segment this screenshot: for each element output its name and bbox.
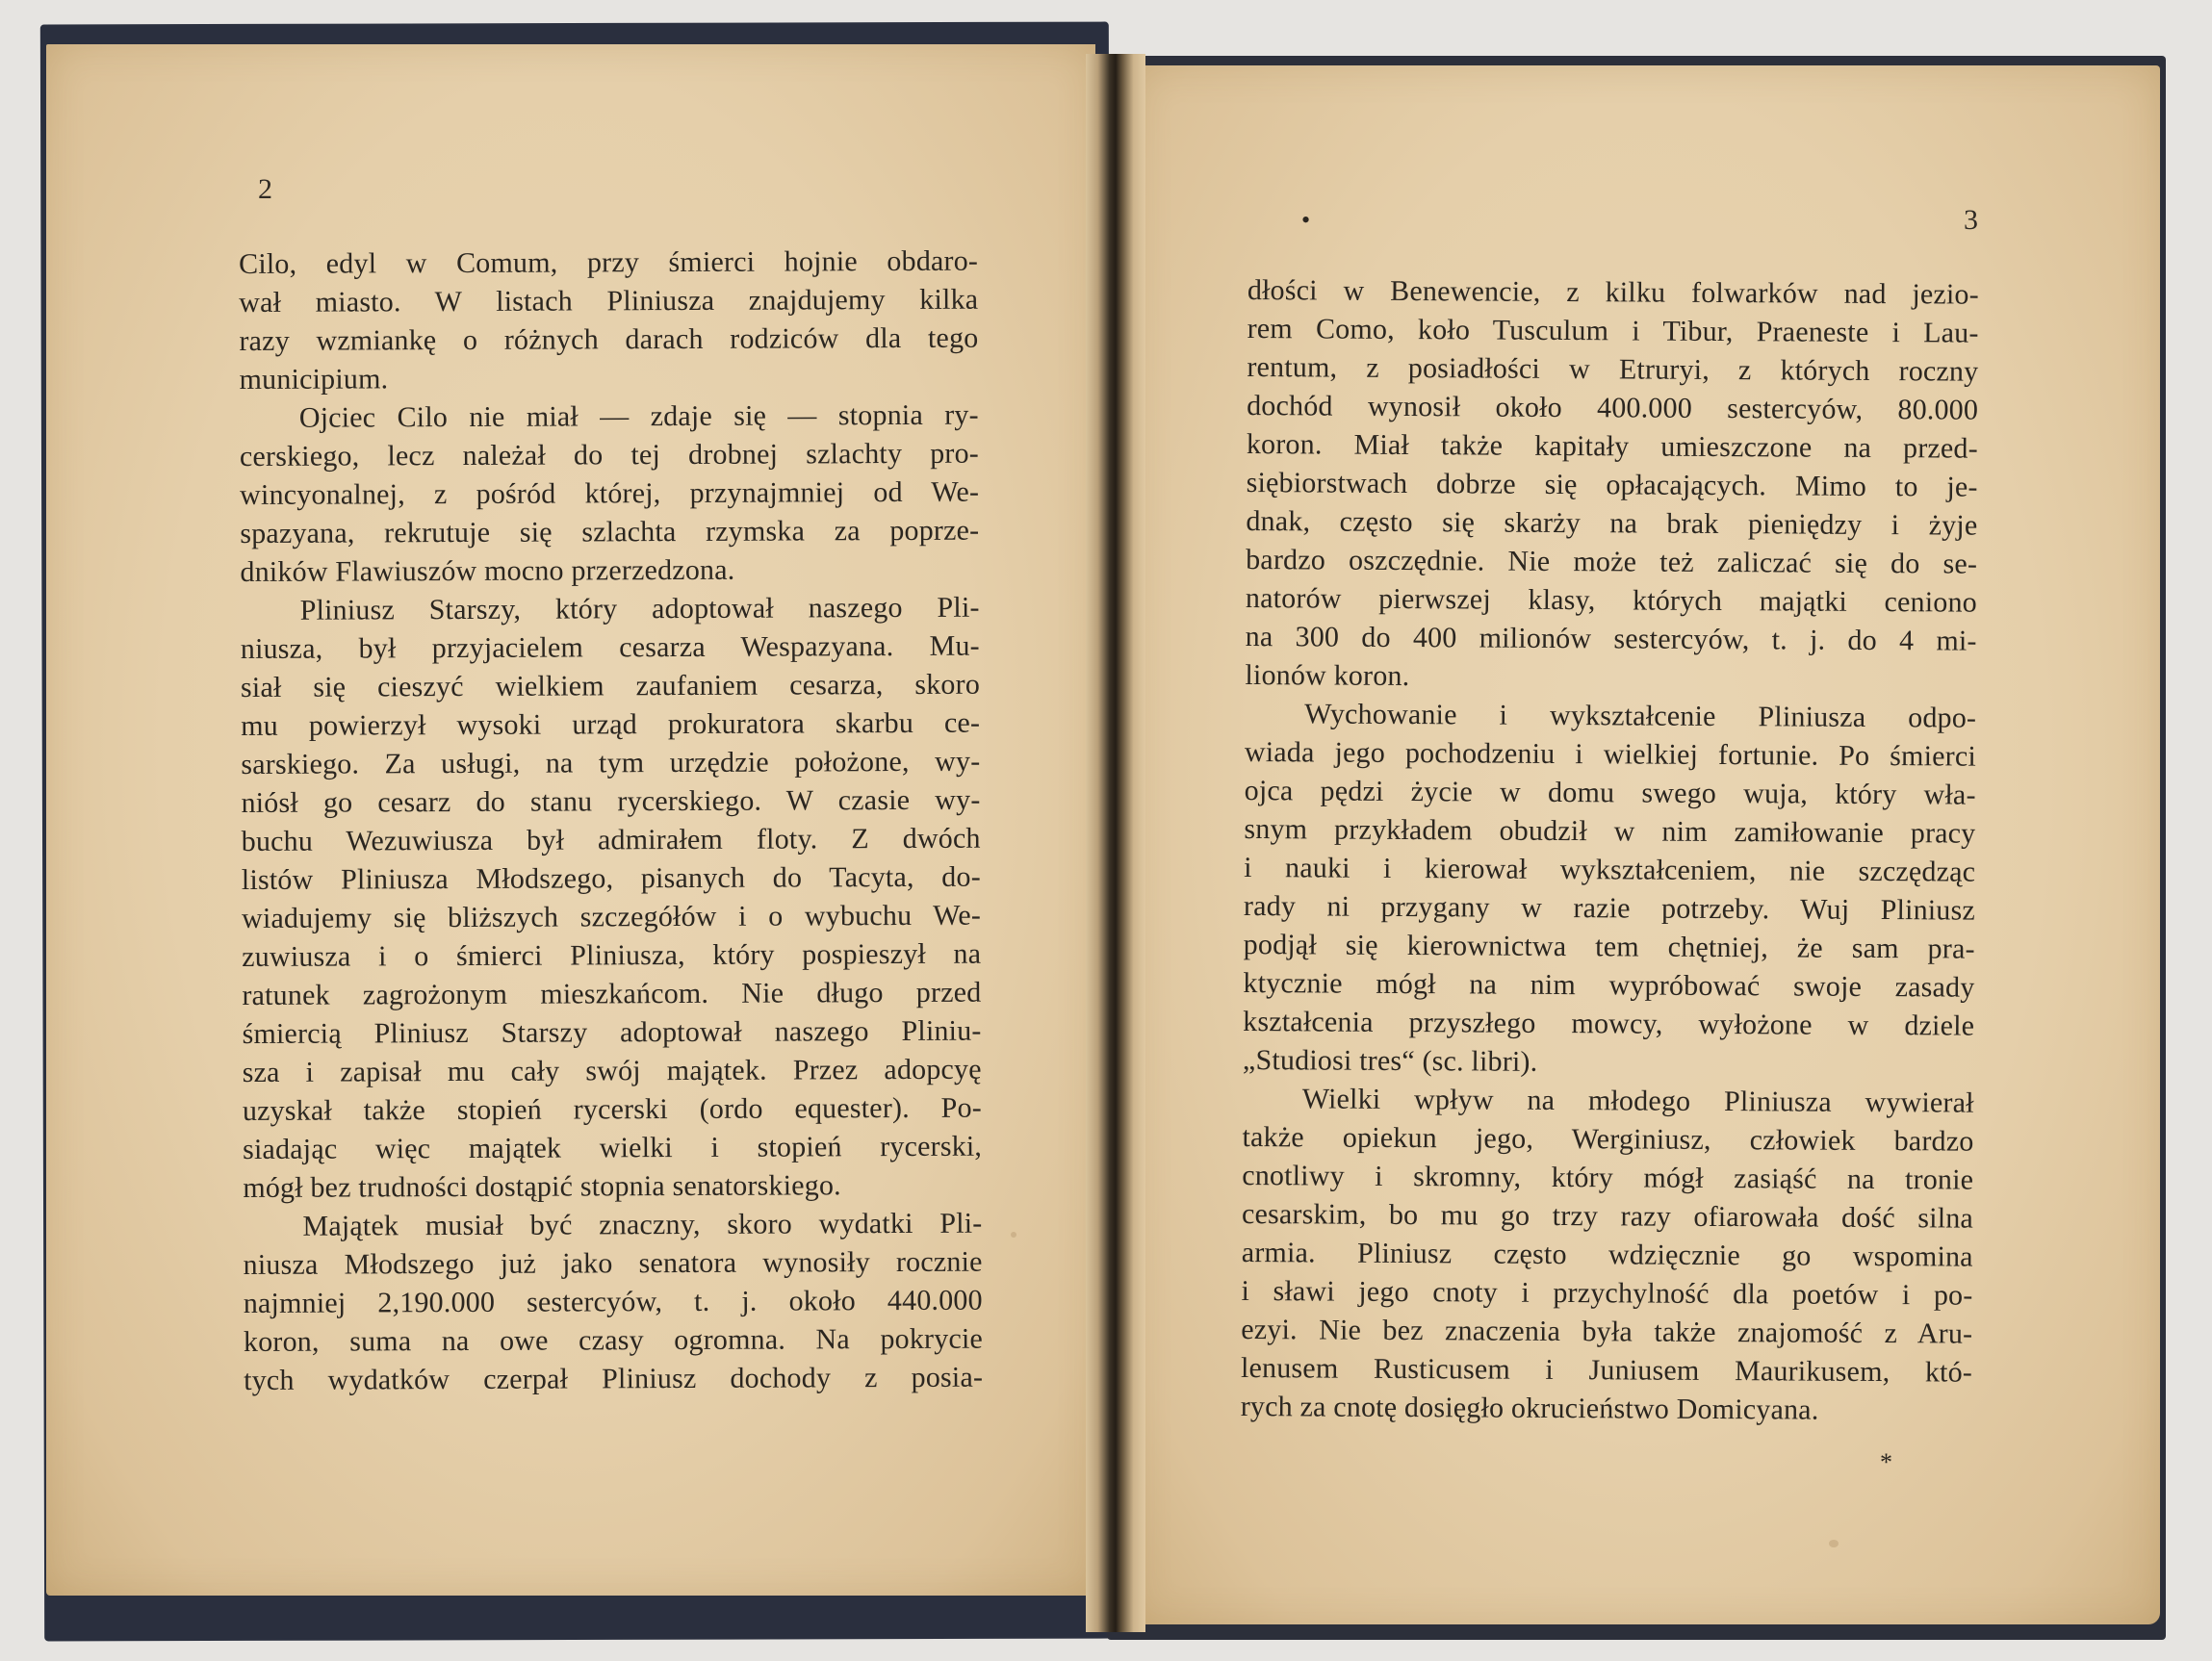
text-line: cesarskim, bo mu go trzy razy ofiarowała… (1242, 1195, 1973, 1239)
text-line: koron, suma na owe czasy ogromna. Na pok… (244, 1320, 983, 1362)
text-line: „Studiosi tres“ (sc. libri). (1243, 1041, 1974, 1085)
text-line: tych wydatków czerpał Pliniusz dochody z… (244, 1359, 983, 1400)
text-line: razy wzmiankę o różnych darach rodziców … (239, 319, 978, 361)
text-line: Majątek musiał być znaczny, skoro wydatk… (243, 1205, 982, 1246)
text-line: bardzo oszczędnie. Nie może też zaliczać… (1246, 541, 1977, 584)
text-line: koron. Miał także kapitały umieszczone n… (1247, 425, 1978, 469)
text-line: siadając więc majątek wielki i stopień r… (243, 1128, 982, 1169)
book-spine-gutter (1086, 54, 1145, 1632)
text-line: i sławi jego cnoty i przychylność dla po… (1241, 1272, 1972, 1316)
text-line: niósł go cesarz do stanu rycerskiego. W … (241, 781, 980, 823)
text-line: Cilo, edyl w Comum, przy śmierci hojnie … (239, 243, 978, 284)
text-line: ojca pędzi życie w domu swego wuja, któr… (1245, 772, 1976, 815)
text-line: rentum, z posiadłości w Etruryi, z który… (1247, 348, 1978, 392)
text-line: zuwiusza i o śmierci Pliniusza, który po… (242, 935, 981, 977)
text-line: natorów pierwszej klasy, których majątki… (1246, 579, 1977, 623)
text-line: wiadujemy się bliższych szczegółów i o w… (242, 897, 981, 938)
text-line: municipium. (240, 358, 979, 399)
text-line: rady ni przygany w razie potrzeby. Wuj P… (1244, 887, 1975, 931)
text-line: mógł bez trudności dostąpić stopnia sena… (243, 1166, 982, 1208)
text-line: sza i zapisał mu cały swój majątek. Prze… (243, 1051, 982, 1092)
text-line: i nauki i kierował wykształceniem, nie s… (1244, 849, 1975, 892)
text-line: także opiekun jego, Werginiusz, człowiek… (1242, 1118, 1973, 1162)
text-line: listów Pliniusza Młodszego, pisanych do … (242, 858, 981, 900)
text-line: dochód wynosił około 400.000 sestercyów,… (1247, 387, 1978, 430)
text-line: siał się cieszyć wielkiem zaufaniem cesa… (241, 666, 980, 707)
text-line: lionów koron. (1245, 656, 1976, 700)
text-line: wincyonalnej, z pośród której, przynajmn… (240, 473, 979, 515)
text-line: dników Flawiuszów mocno przerzedzona. (240, 550, 979, 592)
text-line: Pliniusz Starszy, który adoptował naszeg… (241, 589, 980, 630)
text-line: rem Como, koło Tusculum i Tibur, Praenes… (1247, 310, 1979, 353)
text-line: śmiercią Pliniusz Starszy adoptował nasz… (242, 1012, 981, 1054)
text-line: dnak, często się skarży na brak pieniędz… (1246, 502, 1977, 546)
text-line: niusza, był przyjacielem cesarza Wespazy… (241, 627, 980, 669)
text-line: Wychowanie i wykształcenie Pliniusza odp… (1245, 695, 1976, 738)
text-line: ktycznie mógł na nim wypróbować swoje za… (1243, 964, 1974, 1008)
paper-spot (1829, 1540, 1839, 1547)
left-page-text: Cilo, edyl w Comum, przy śmierci hojnie … (239, 243, 983, 1400)
text-line: lenusem Rusticusem i Juniusem Maurikusem… (1241, 1349, 1972, 1393)
text-line: siębiorstwach dobrze się opłacających. M… (1247, 464, 1978, 507)
text-line: podjął się kierownictwa tem chętniej, że… (1244, 926, 1975, 969)
dot-mark: • (1301, 206, 1310, 235)
text-line: wiada jego pochodzeniu i wielkiej fortun… (1245, 733, 1976, 777)
right-page-text: dłości w Benewencie, z kilku folwarków n… (1241, 271, 1979, 1431)
text-line: snym przykładem obudził w nim zamiłowani… (1244, 810, 1975, 854)
text-line: buchu Wezuwiusza był admirałem floty. Z … (242, 820, 981, 861)
text-line: kształcenia przyszłego mowcy, wyłożone w… (1243, 1003, 1974, 1046)
page-number-left: 2 (258, 173, 272, 206)
text-line: ratunek zagrożonym mieszkańcom. Nie dług… (242, 974, 981, 1015)
text-line: ezyi. Nie bez znaczenia była także znajo… (1241, 1311, 1972, 1354)
text-line: sarskiego. Za usługi, na tym urzędzie po… (241, 743, 980, 784)
text-line: wał miasto. W listach Pliniusza znajduje… (239, 281, 978, 322)
text-line: cnotliwy i skromny, który mógł zasiąść n… (1242, 1157, 1973, 1200)
text-line: spazyana, rekrutuje się szlachta rzymska… (240, 512, 979, 553)
text-line: rych za cnotę dosięgło okrucieństwo Domi… (1241, 1388, 1972, 1431)
paper-spot (1011, 1232, 1016, 1238)
text-line: armia. Pliniusz często wdzięcznie go wsp… (1242, 1234, 1973, 1277)
text-line: na 300 do 400 milionów sestercyów, t. j.… (1246, 618, 1977, 661)
text-line: Ojciec Cilo nie miał — zdaje się — stopn… (240, 396, 979, 438)
text-line: niusza Młodszego już jako senatora wynos… (244, 1243, 983, 1285)
text-line: dłości w Benewencie, z kilku folwarków n… (1247, 271, 1979, 315)
text-line: cerskiego, lecz należał do tej drobnej s… (240, 435, 979, 476)
text-line: najmniej 2,190.000 sestercyów, t. j. oko… (244, 1282, 983, 1323)
text-line: uzyskał także stopień rycerski (ordo equ… (243, 1089, 982, 1131)
page-number-right: 3 (1964, 204, 1978, 237)
section-end-asterisk: * (1880, 1448, 1892, 1477)
text-line: mu powierzył wysoki urząd prokuratora sk… (241, 704, 980, 746)
text-line: Wielki wpływ na młodego Pliniusza wywier… (1243, 1080, 1974, 1123)
